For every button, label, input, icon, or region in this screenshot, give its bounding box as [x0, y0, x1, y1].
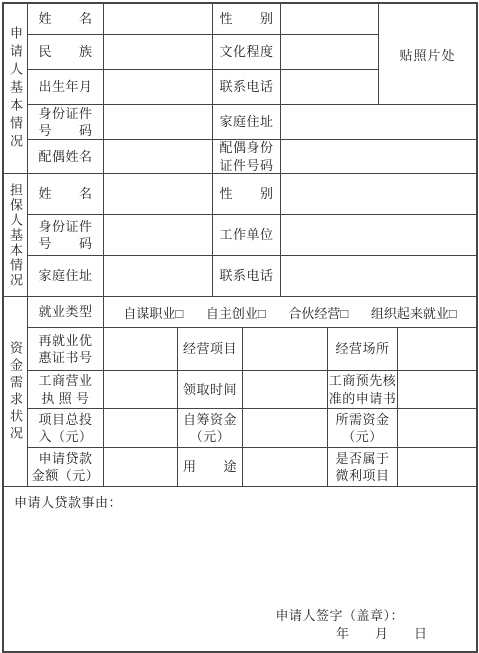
value-applicant-id-number	[104, 105, 213, 140]
label-preapproval-application: 工商预先核 准的申请书	[328, 371, 398, 409]
value-business-license-number	[104, 371, 178, 409]
label-business-site: 经营场所	[328, 328, 398, 371]
label-loan-purpose: 用 途	[178, 448, 243, 487]
value-guarantor-address	[104, 256, 213, 297]
checkbox-option-self-employed: 自谋职业□	[123, 303, 183, 322]
applicant-signature-label: 申请人签字（盖章）：	[275, 605, 404, 624]
section-header-funding: 资金需求状况	[4, 297, 28, 487]
label-applicant-ethnicity: 民 族	[28, 35, 104, 70]
value-applicant-gender	[281, 4, 379, 35]
label-applicant-birthdate: 出生年月	[28, 70, 104, 105]
label-guarantor-address: 家庭住址	[28, 256, 104, 297]
value-applicant-phone	[281, 70, 379, 105]
value-applicant-address	[281, 105, 476, 140]
label-applicant-id-number: 身份证件 号 码	[28, 105, 104, 140]
label-loan-amount: 申请贷款 金额（元）	[28, 448, 104, 487]
value-guarantor-name	[104, 174, 213, 215]
employment-type-options: 自谋职业□ 自主创业□ 合伙经营□ 组织起来就业□	[104, 297, 476, 328]
label-applicant-gender: 性 别	[213, 4, 281, 35]
label-guarantor-name: 姓 名	[28, 174, 104, 215]
label-business-project: 经营项目	[178, 328, 243, 371]
label-license-issue-date: 领取时间	[178, 371, 243, 409]
photo-area: 贴照片处	[379, 4, 476, 105]
value-applicant-education	[281, 35, 379, 70]
value-guarantor-phone	[281, 256, 476, 297]
value-spouse-name	[104, 140, 213, 174]
label-applicant-address: 家庭住址	[213, 105, 281, 140]
checkbox-option-partnership: 合伙经营□	[288, 303, 348, 322]
label-applicant-phone: 联系电话	[213, 70, 281, 105]
value-guarantor-gender	[281, 174, 476, 215]
checkbox-option-own-business: 自主创业□	[206, 303, 266, 322]
value-total-investment	[104, 409, 178, 448]
value-business-project	[243, 328, 328, 371]
value-self-raised-funds	[243, 409, 328, 448]
value-guarantor-id-number	[104, 215, 213, 256]
value-spouse-id-number	[281, 140, 476, 174]
section-header-applicant: 申请人基本情况	[4, 4, 28, 174]
value-applicant-name	[104, 4, 213, 35]
value-reemployment-cert-number	[104, 328, 178, 371]
value-loan-amount	[104, 448, 178, 487]
label-applicant-name: 姓 名	[28, 4, 104, 35]
section-header-guarantor: 担保人基本情况	[4, 174, 28, 297]
label-employment-type: 就业类型	[28, 297, 104, 328]
label-low-profit-project: 是否属于 微利项目	[328, 448, 398, 487]
label-reemployment-cert-number: 再就业优 惠证书号	[28, 328, 104, 371]
section-funding: 资金需求状况 就业类型 自谋职业□ 自主创业□ 合伙经营□ 组织起来就业□ 再就…	[4, 297, 476, 487]
label-self-raised-funds: 自筹资金 （元）	[178, 409, 243, 448]
value-preapproval-application	[398, 371, 476, 409]
value-business-site	[398, 328, 476, 371]
label-spouse-name: 配偶姓名	[28, 140, 104, 174]
label-required-funds: 所需资金 （元）	[328, 409, 398, 448]
value-loan-purpose	[243, 448, 328, 487]
section-loan-reason: 申请人贷款事由： 申请人签字（盖章）： 年 月 日	[4, 487, 476, 651]
loan-reason-label: 申请人贷款事由：	[14, 492, 122, 511]
loan-application-form: 申请人基本情况 姓 名 性 别 贴照片处 民 族 文化程度 出生年月 联系电话 …	[2, 2, 478, 653]
section-applicant: 申请人基本情况 姓 名 性 别 贴照片处 民 族 文化程度 出生年月 联系电话 …	[4, 4, 476, 174]
label-guarantor-gender: 性 别	[213, 174, 281, 215]
label-guarantor-phone: 联系电话	[213, 256, 281, 297]
date-line: 年 月 日	[336, 623, 427, 642]
label-applicant-education: 文化程度	[213, 35, 281, 70]
label-guarantor-id-number: 身份证件 号 码	[28, 215, 104, 256]
value-guarantor-employer	[281, 215, 476, 256]
label-total-investment: 项目总投 入（元）	[28, 409, 104, 448]
value-applicant-birthdate	[104, 70, 213, 105]
section-guarantor: 担保人基本情况 姓 名 性 别 身份证件 号 码 工作单位 家庭住址 联系电话	[4, 174, 476, 297]
value-applicant-ethnicity	[104, 35, 213, 70]
value-low-profit-project	[398, 448, 476, 487]
value-license-issue-date	[243, 371, 328, 409]
label-guarantor-employer: 工作单位	[213, 215, 281, 256]
label-spouse-id-number: 配偶身份 证件号码	[213, 140, 281, 174]
label-business-license-number: 工商营业 执 照 号	[28, 371, 104, 409]
checkbox-option-organized-employment: 组织起来就业□	[371, 303, 457, 322]
value-required-funds	[398, 409, 476, 448]
